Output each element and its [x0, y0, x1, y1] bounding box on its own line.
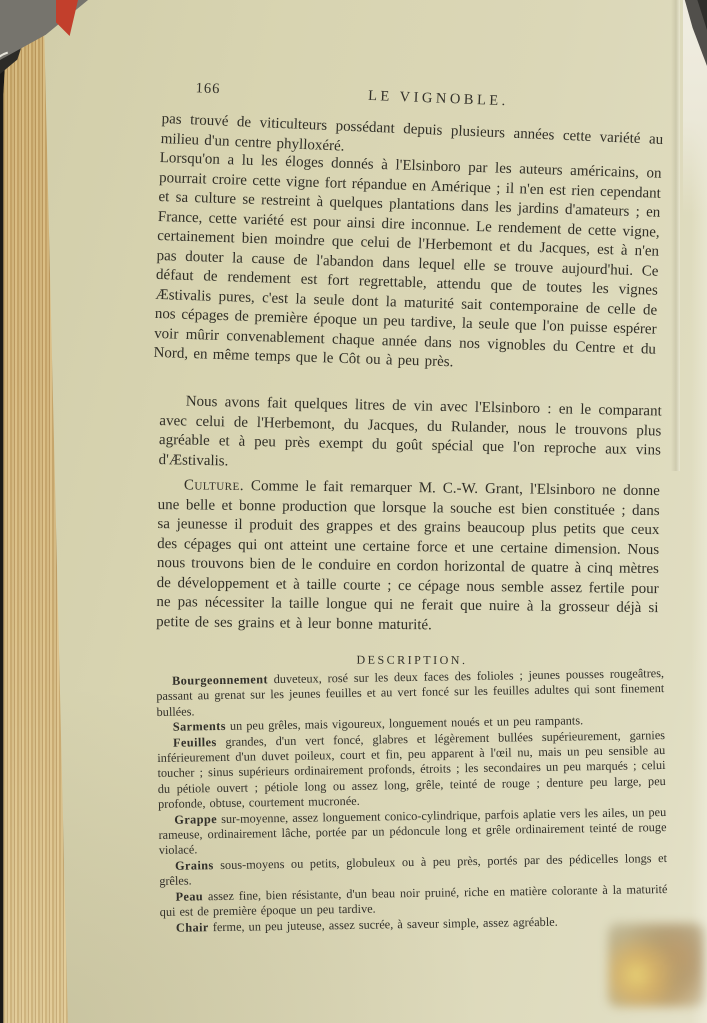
entry-term: Feuilles: [173, 735, 217, 750]
body-paragraph: Lorsqu'on a lu les éloges donnés à l'Els…: [153, 149, 661, 379]
culture-text: Comme le fait remarquer M. C.-W. Grant, …: [156, 478, 660, 633]
book-page: 166 LE VIGNOBLE. pas trouvé de viticulte…: [44, 0, 707, 1023]
entry-term: Bourgeonnement: [172, 672, 268, 688]
entry-term: Sarments: [173, 719, 226, 734]
description-entry: Bourgeonnement duveteux, rosé sur les de…: [156, 666, 665, 720]
entry-text: grandes, d'un vert foncé, glabres et lég…: [157, 728, 666, 812]
entry-term: Grappe: [174, 812, 217, 827]
description-entries: Bourgeonnement duveteux, rosé sur les de…: [156, 666, 668, 936]
book-photo: 166 LE VIGNOBLE. pas trouvé de viticulte…: [0, 0, 707, 1023]
culture-label: Culture.: [184, 477, 244, 494]
description-entry: Grappe sur-moyenne, assez longuement con…: [158, 805, 667, 859]
description-entry: Feuilles grandes, d'un vert foncé, glabr…: [157, 728, 666, 813]
body-paragraph-culture: Culture. Comme le fait remarquer M. C.-W…: [156, 476, 660, 638]
page-crease-shadow: [671, 0, 680, 471]
running-title: LE VIGNOBLE.: [368, 88, 509, 110]
colour-plate-showthrough: [608, 923, 704, 1007]
body-paragraph: Nous avons fait quelques litres de vin a…: [158, 392, 662, 480]
entry-term: Grains: [175, 858, 214, 873]
page-number: 166: [195, 80, 220, 98]
entry-term: Peau: [175, 889, 203, 903]
entry-text: sur-moyenne, assez longuement conico-cyl…: [158, 805, 666, 858]
entry-term: Chair: [176, 920, 209, 935]
